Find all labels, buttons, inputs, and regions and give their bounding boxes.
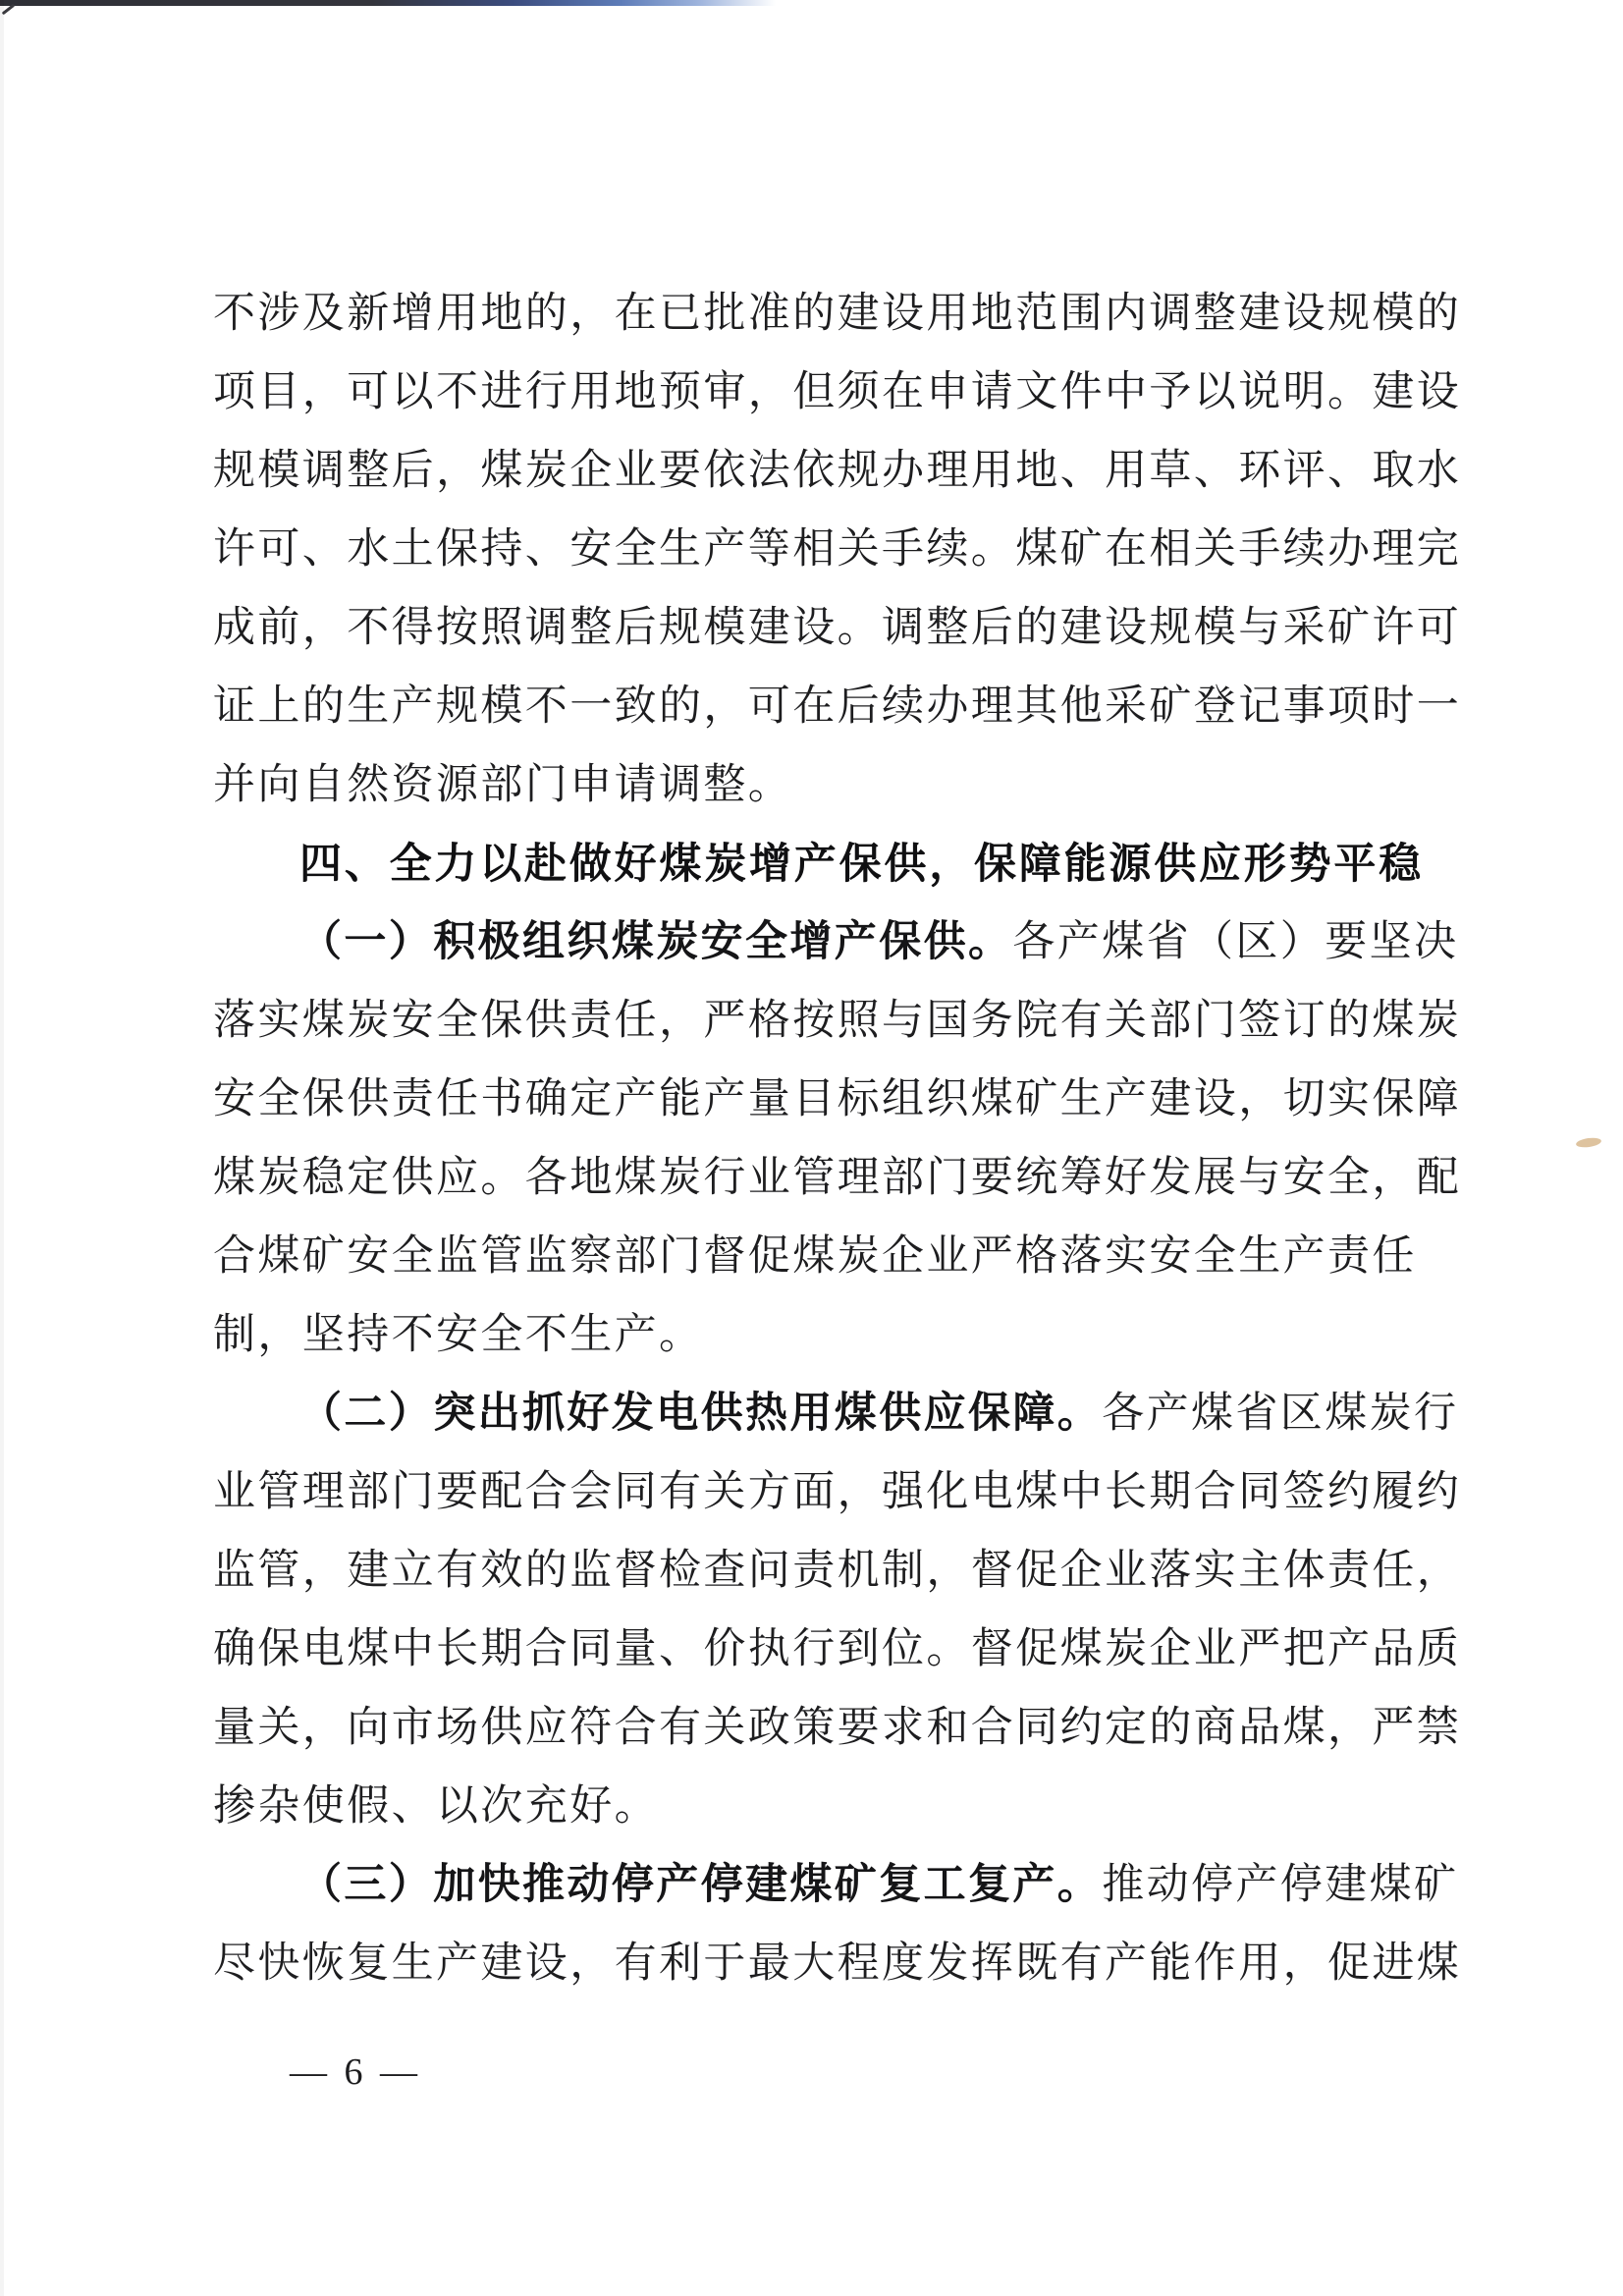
text-line: 掺杂使假、以次充好。 <box>213 1768 1421 1846</box>
paragraph-lead-sentence: （一）积极组织煤炭安全增产保供。 <box>299 919 1012 965</box>
paragraph-lead-sentence: （二）突出抓好发电供热用煤供应保障。 <box>299 1391 1102 1437</box>
text-line: 尽快恢复生产建设，有利于最大程度发挥既有产能作用，促进煤 <box>213 1925 1421 2003</box>
text-line: 许可、水土保持、安全生产等相关手续。煤矿在相关手续办理完 <box>213 511 1421 589</box>
text-line: （一）积极组织煤炭安全增产保供。各产煤省（区）要坚决 <box>213 903 1421 982</box>
text-line: 证上的生产规模不一致的，可在后续办理其他采矿登记事项时一 <box>213 668 1421 746</box>
text-line: 不涉及新增用地的，在已批准的建设用地范围内调整建设规模的 <box>213 275 1421 354</box>
scan-artifact-left-edge <box>0 0 4 2296</box>
scan-artifact-smudge <box>1576 1136 1602 1149</box>
scan-artifact-top-edge <box>0 0 776 6</box>
text-line: 落实煤炭安全保供责任，严格按照与国务院有关部门签订的煤炭 <box>213 982 1421 1061</box>
text-line: 监管，建立有效的监督检查问责机制，督促企业落实主体责任， <box>213 1532 1421 1611</box>
text-line: 安全保供责任书确定产能产量目标组织煤矿生产建设，切实保障 <box>213 1061 1421 1139</box>
text-line: 成前，不得按照调整后规模建设。调整后的建设规模与采矿许可 <box>213 589 1421 668</box>
text-line: 合煤矿安全监管监察部门督促煤炭企业严格落实安全生产责任 <box>213 1218 1421 1296</box>
document-page: 不涉及新增用地的，在已批准的建设用地范围内调整建设规模的项目，可以不进行用地预审… <box>0 0 1623 2296</box>
text-line: 并向自然资源部门申请调整。 <box>213 746 1421 825</box>
paragraph-lead-sentence: （三）加快推动停产停建煤矿复工复产。 <box>299 1862 1102 1908</box>
page-number: — 6 — <box>282 2047 429 2098</box>
text-line: 业管理部门要配合会同有关方面，强化电煤中长期合同签约履约 <box>213 1453 1421 1532</box>
text-line: 量关，向市场供应符合有关政策要求和合同约定的商品煤，严禁 <box>213 1689 1421 1768</box>
section-heading: 四、全力以赴做好煤炭增产保供，保障能源供应形势平稳 <box>213 825 1421 903</box>
text-line: 制，坚持不安全不生产。 <box>213 1296 1421 1375</box>
text-line: （二）突出抓好发电供热用煤供应保障。各产煤省区煤炭行 <box>213 1375 1421 1453</box>
text-line: 规模调整后，煤炭企业要依法依规办理用地、用草、环评、取水 <box>213 432 1421 511</box>
text-line: 煤炭稳定供应。各地煤炭行业管理部门要统筹好发展与安全，配 <box>213 1139 1421 1218</box>
document-body: 不涉及新增用地的，在已批准的建设用地范围内调整建设规模的项目，可以不进行用地预审… <box>213 275 1421 2003</box>
text-line: 确保电煤中长期合同量、价执行到位。督促煤炭企业严把产品质 <box>213 1611 1421 1689</box>
text-line: 项目，可以不进行用地预审，但须在申请文件中予以说明。建设 <box>213 354 1421 432</box>
text-line: （三）加快推动停产停建煤矿复工复产。推动停产停建煤矿 <box>213 1846 1421 1925</box>
